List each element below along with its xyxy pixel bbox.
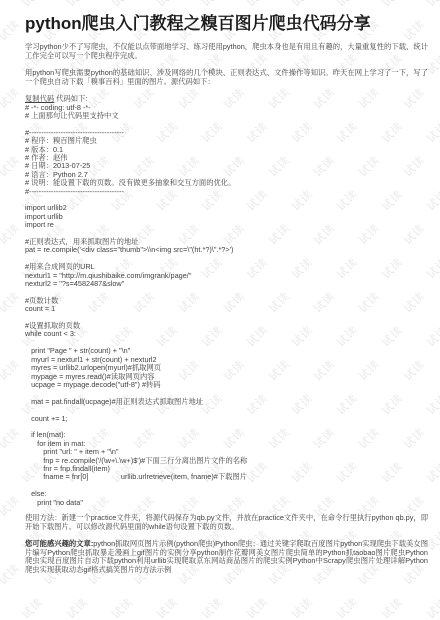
watermark-text: 试读: [198, 594, 226, 620]
page-title: python爬虫入门教程之糗百图片爬虫代码分享: [25, 13, 428, 34]
watermark-text: 试读: [63, 594, 91, 620]
watermark-text: 试读: [0, 594, 1, 620]
watermark-text: 试读: [378, 594, 406, 620]
intro-paragraph-1: 学习python少不了写爬虫，不仅能以点带面地学习、练习使用python，爬虫本…: [25, 43, 428, 60]
watermark-text: 试读: [153, 594, 181, 620]
copy-code-link[interactable]: 复制代码: [25, 94, 54, 103]
watermark-text: 试读: [333, 594, 361, 620]
watermark-text: 试读: [288, 594, 316, 620]
document-page: 试读试读试读试读试读试读试读试读试读试读试读试读试读试读试读试读试读试读试读试读…: [0, 0, 440, 620]
code-intro-label: 代码如下:: [56, 94, 87, 103]
code-block: # -*- coding: utf-8 -*- # 上面那句让代码里支持中文 #…: [25, 104, 428, 508]
watermark-text: 试读: [423, 594, 440, 620]
watermark-text: 试读: [18, 594, 46, 620]
intro-paragraph-2: 用python写爬虫需要python的基础知识、涉及网络的几个模块、正则表达式、…: [25, 69, 428, 86]
watermark-text: 试读: [243, 594, 271, 620]
usage-paragraph: 使用方法：新建一个practice文件夹，将源代码保存为qb.py文件，并放在p…: [25, 514, 428, 531]
related-articles-label: 您可能感兴趣的文章:: [25, 539, 93, 548]
related-articles: 您可能感兴趣的文章:python抓取网页图片示例(python爬虫)Python…: [25, 540, 428, 575]
article-content: python爬虫入门教程之糗百图片爬虫代码分享 学习python少不了写爬虫，不…: [0, 0, 440, 575]
watermark-text: 试读: [108, 594, 136, 620]
